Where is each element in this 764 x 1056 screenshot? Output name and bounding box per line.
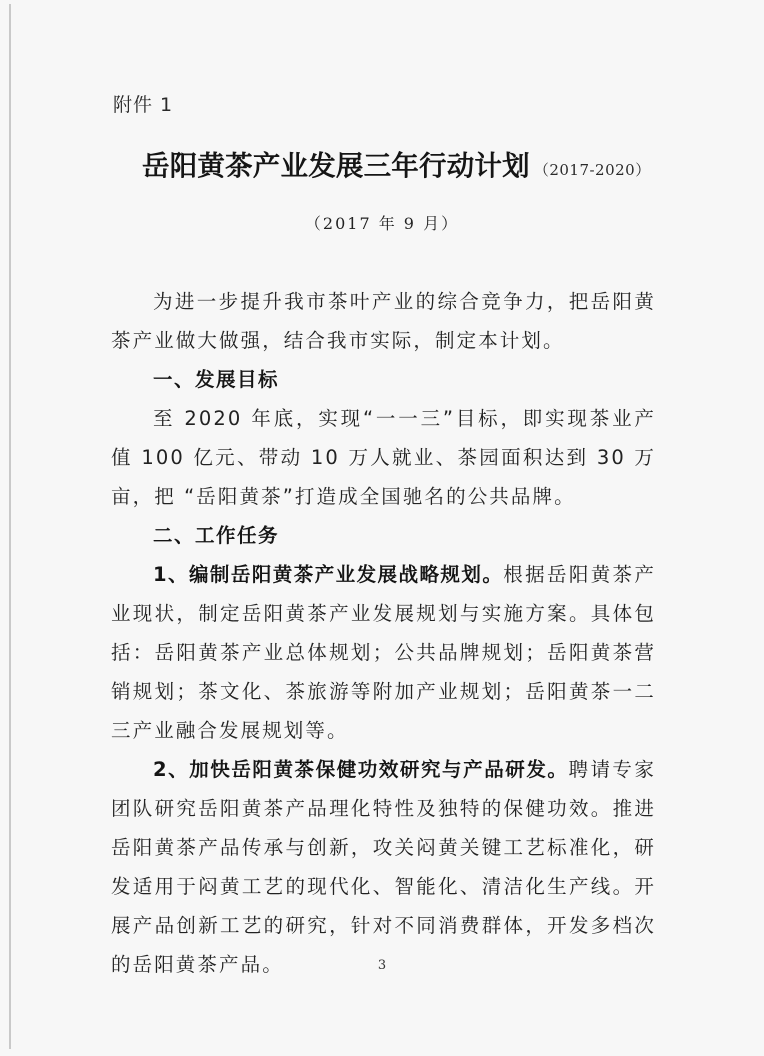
goals-paragraph: 至 2020 年底，实现“一一三”目标，即实现茶业产值 100 亿元、带动 10… (111, 399, 656, 516)
task-item-2: 2、加快岳阳黄茶保健功效研究与产品研发。聘请专家团队研究岳阳黄茶产品理化特性及独… (111, 750, 656, 984)
attachment-label: 附件 1 (113, 90, 173, 117)
scan-edge-line (9, 4, 11, 1049)
task-item-1-lead: 1、编制岳阳黄茶产业发展战略规划。 (153, 563, 503, 586)
task-item-2-text: 聘请专家团队研究岳阳黄茶产品理化特性及独特的保健功效。推进岳阳黄茶产品传承与创新… (111, 758, 656, 976)
intro-paragraph: 为进一步提升我市茶叶产业的综合竞争力，把岳阳黄茶产业做大做强，结合我市实际，制定… (111, 282, 656, 360)
document-body: 为进一步提升我市茶叶产业的综合竞争力，把岳阳黄茶产业做大做强，结合我市实际，制定… (111, 282, 656, 984)
document-date: （2017 年 9 月） (0, 211, 764, 234)
task-item-2-lead: 2、加快岳阳黄茶保健功效研究与产品研发。 (153, 758, 568, 781)
document-title: 岳阳黄茶产业发展三年行动计划（2017-2020） (142, 143, 651, 183)
task-item-1-text: 根据岳阳黄茶产业现状，制定岳阳黄茶产业发展规划与实施方案。具体包括：岳阳黄茶产业… (111, 563, 656, 742)
title-main: 岳阳黄茶产业发展三年行动计划 (142, 150, 530, 182)
page-number: 3 (0, 958, 764, 973)
section-heading-goals: 一、发展目标 (111, 360, 656, 399)
title-years: （2017-2020） (534, 161, 651, 179)
task-item-1: 1、编制岳阳黄茶产业发展战略规划。根据岳阳黄茶产业现状，制定岳阳黄茶产业发展规划… (111, 555, 656, 750)
section-heading-tasks: 二、工作任务 (111, 516, 656, 555)
